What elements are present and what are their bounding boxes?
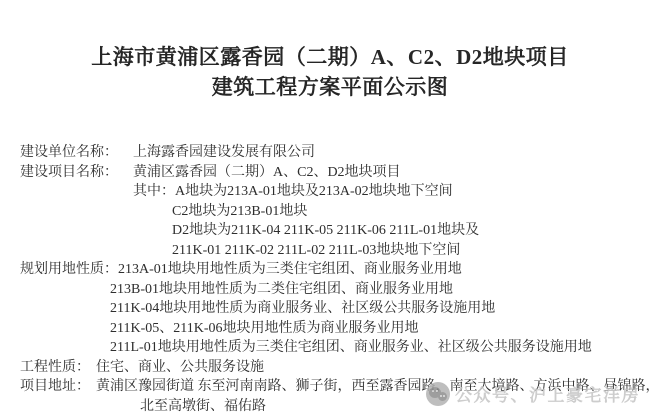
planning-use-line: 211K-04地块用地性质为商业服务业、社区级公共服务设施用地	[0, 299, 660, 319]
construction-unit-label: 建设单位名称：	[20, 143, 118, 163]
project-name-label: 建设项目名称：	[20, 163, 118, 183]
planning-use-label: 规划用地性质：	[20, 260, 118, 280]
field-project-name: 建设项目名称： 黄浦区露香园（二期）A、C2、D2地块项目	[0, 163, 660, 183]
field-project-address: 项目地址： 黄浦区豫园街道 东至河南南路、狮子街，西至露香园路，南至大境路、方浜…	[0, 377, 660, 397]
page-subtitle: 建筑工程方案平面公示图	[0, 72, 660, 102]
project-address-line2: 北至高墩街、福佑路	[0, 397, 660, 414]
project-name-value: 黄浦区露香园（二期）A、C2、D2地块项目	[133, 163, 401, 183]
notice-document: 上海市黄浦区露香园（二期）A、C2、D2地块项目 建筑工程方案平面公示图 建设单…	[0, 0, 660, 414]
engineering-nature-value: 住宅、商业、公共服务设施	[96, 358, 264, 378]
planning-use-text: 211K-04地块用地性质为商业服务业、社区级公共服务设施用地	[110, 299, 495, 319]
project-detail-line: C2地块为213B-01地块	[0, 202, 660, 222]
project-detail-text: D2地块为211K-04 211K-05 211K-06 211L-01地块及	[172, 221, 479, 241]
project-address-text: 北至高墩街、福佑路	[140, 397, 266, 414]
field-engineering-nature: 工程性质： 住宅、商业、公共服务设施	[0, 358, 660, 378]
planning-use-text: 213B-01地块用地性质为二类住宅组团、商业服务业用地	[110, 280, 453, 300]
planning-use-line: 211L-01地块用地性质为三类住宅组团、商业服务业、社区级公共服务设施用地	[0, 338, 660, 358]
info-block: 建设单位名称： 上海露香园建设发展有限公司 建设项目名称： 黄浦区露香园（二期）…	[0, 143, 660, 414]
page-title: 上海市黄浦区露香园（二期）A、C2、D2地块项目	[0, 42, 660, 72]
planning-use-text: 211K-05、211K-06地块用地性质为商业服务业用地	[110, 319, 419, 339]
field-construction-unit: 建设单位名称： 上海露香园建设发展有限公司	[0, 143, 660, 163]
project-detail-text: 其中：A地块为213A-01地块及213A-02地块地下空间	[133, 182, 453, 202]
planning-use-line: 213B-01地块用地性质为二类住宅组团、商业服务业用地	[0, 280, 660, 300]
project-detail-text: 211K-01 211K-02 211L-02 211L-03地块地下空间	[172, 241, 460, 261]
planning-use-value: 213A-01地块用地性质为三类住宅组团、商业服务业用地	[118, 260, 462, 280]
project-detail-line: 其中：A地块为213A-01地块及213A-02地块地下空间	[0, 182, 660, 202]
project-address-label: 项目地址：	[20, 377, 90, 397]
project-detail-line: 211K-01 211K-02 211L-02 211L-03地块地下空间	[0, 241, 660, 261]
project-address-value: 黄浦区豫园街道 东至河南南路、狮子街，西至露香园路，南至大境路、方浜中路、昼锦路…	[96, 377, 660, 397]
title-block: 上海市黄浦区露香园（二期）A、C2、D2地块项目 建筑工程方案平面公示图	[0, 0, 660, 102]
engineering-nature-label: 工程性质：	[20, 358, 90, 378]
project-detail-text: C2地块为213B-01地块	[172, 202, 307, 222]
planning-use-text: 211L-01地块用地性质为三类住宅组团、商业服务业、社区级公共服务设施用地	[110, 338, 592, 358]
project-detail-line: D2地块为211K-04 211K-05 211K-06 211L-01地块及	[0, 221, 660, 241]
construction-unit-value: 上海露香园建设发展有限公司	[133, 143, 315, 163]
planning-use-line: 211K-05、211K-06地块用地性质为商业服务业用地	[0, 319, 660, 339]
field-planning-use: 规划用地性质： 213A-01地块用地性质为三类住宅组团、商业服务业用地	[0, 260, 660, 280]
